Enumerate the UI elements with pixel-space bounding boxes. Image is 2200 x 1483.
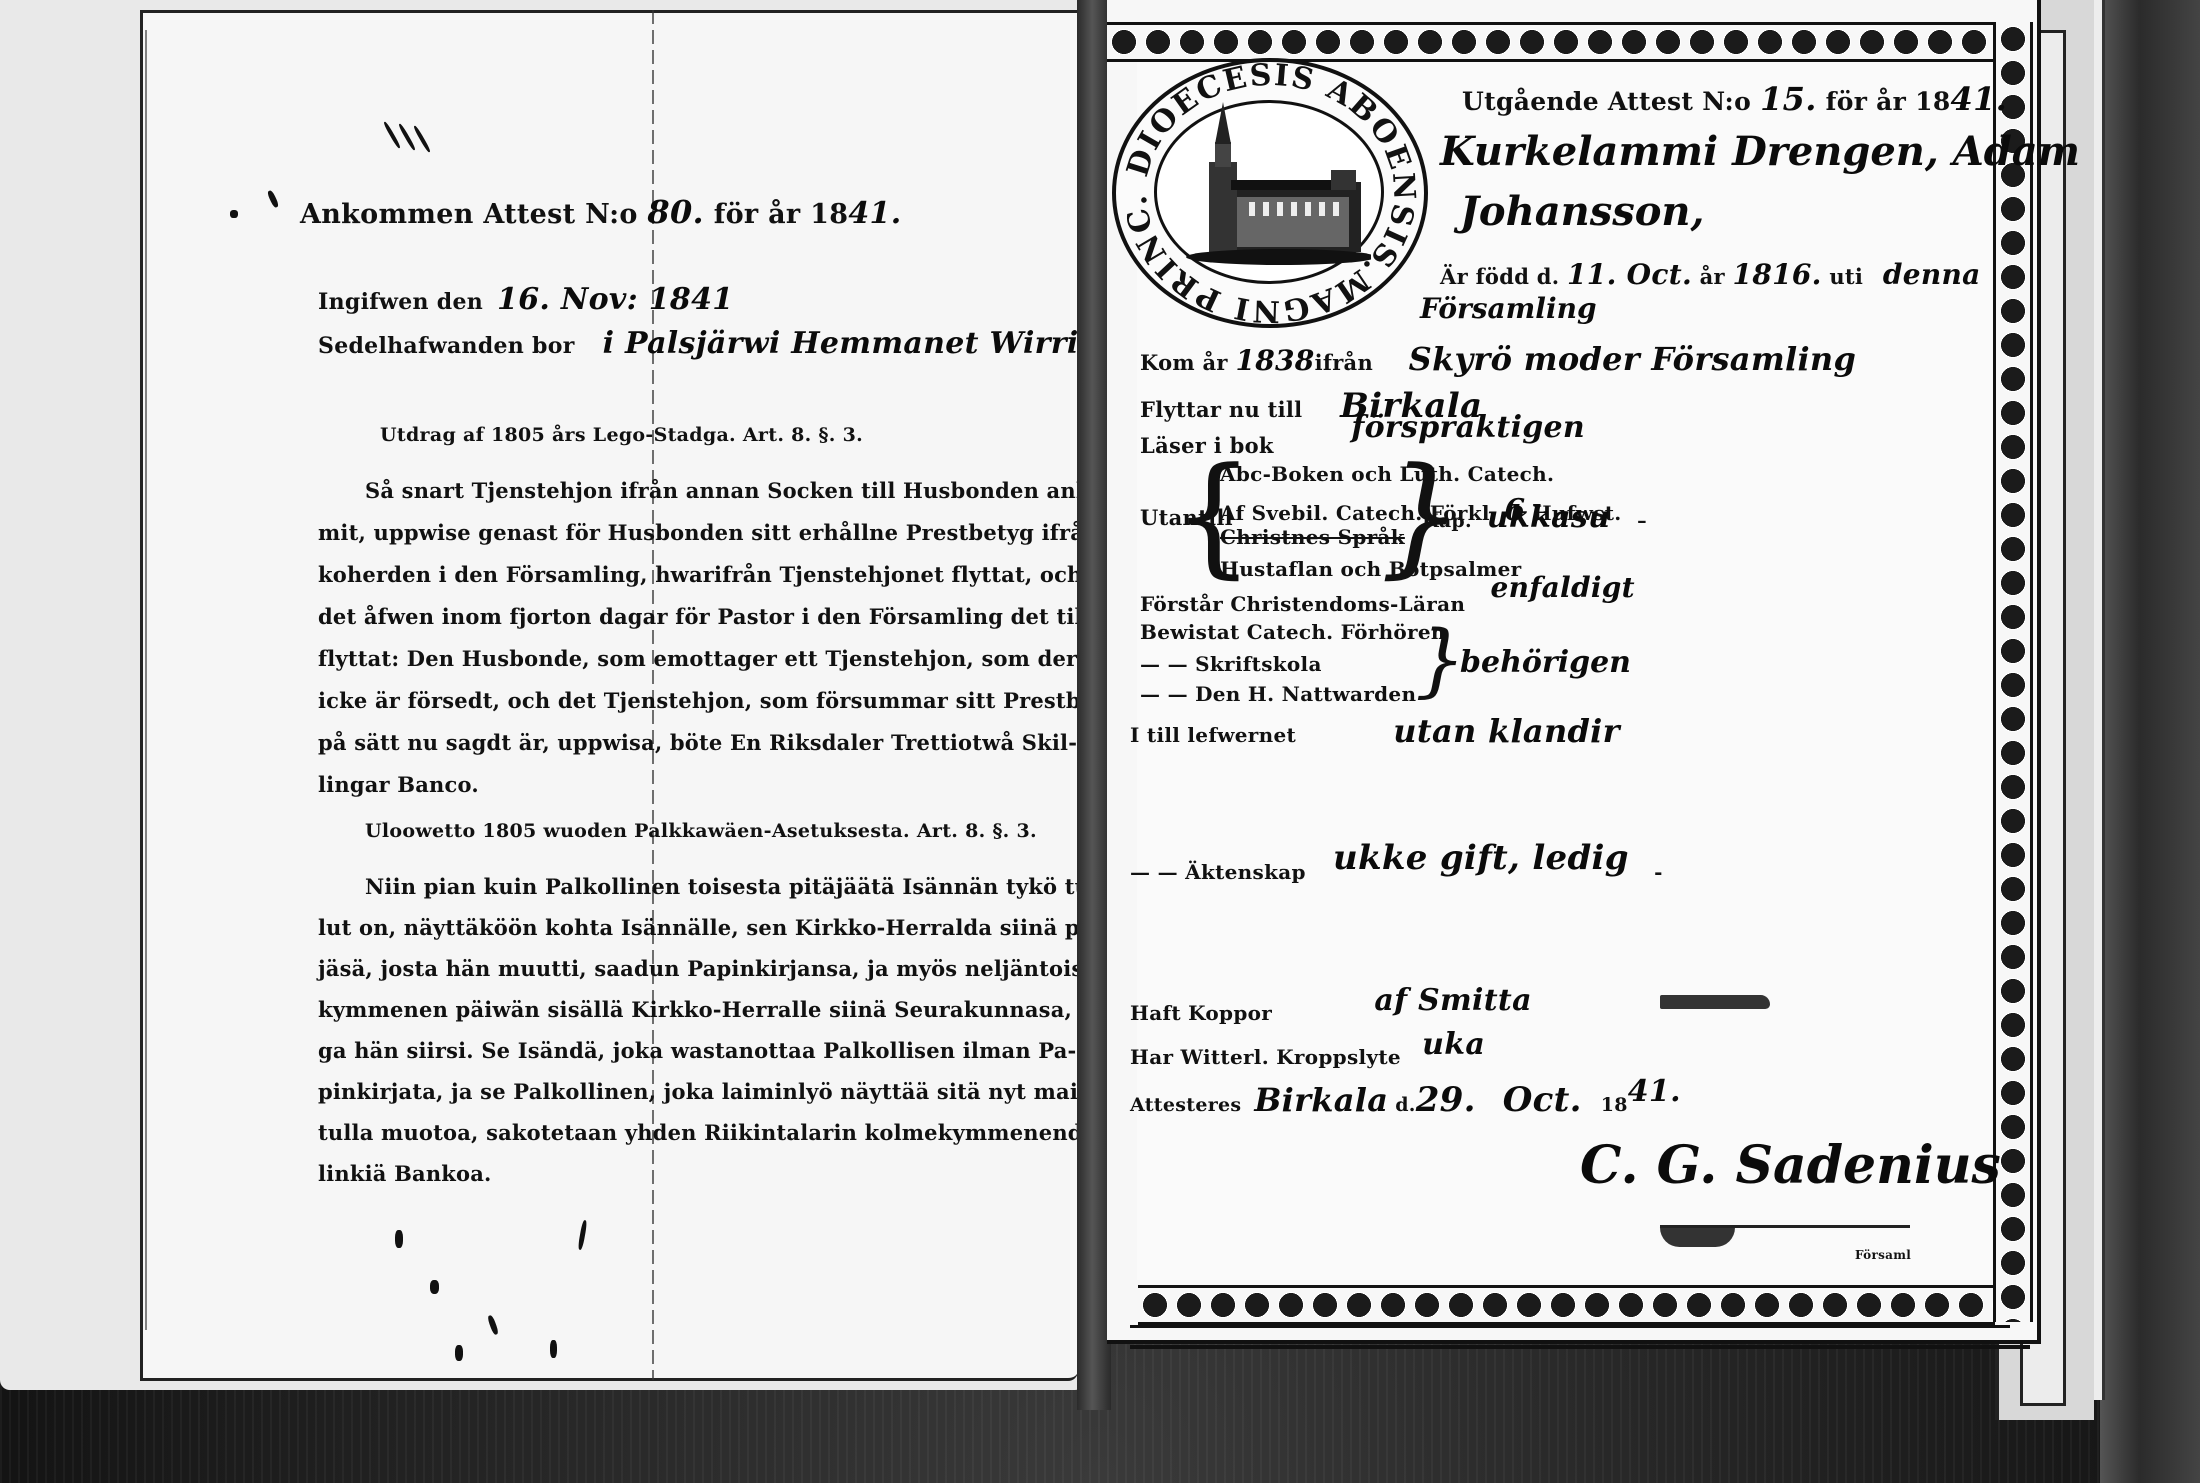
birth-year: 1816. (1733, 258, 1822, 291)
finnish-line: lut on, näyttäköön kohta Isännälle, sen … (318, 915, 1121, 940)
defects-value: uka (1422, 1027, 1485, 1062)
birth-place-continued: Församling (1420, 292, 1597, 325)
understands-value: enfaldigt (1490, 571, 1634, 604)
residence-value: i Palsjärwi Hemmanet Wirrikka (603, 326, 1141, 361)
finnish-line: ga hän siirsi. Se Isändä, joka wastanott… (318, 1038, 1076, 1063)
birth-label: Är född d. (1440, 264, 1559, 289)
moved-from-value: Skyrö moder Församling (1409, 340, 1857, 378)
attest-year: 41. (1951, 80, 2008, 118)
moves-to-label: Flyttar nu till (1140, 397, 1302, 422)
swedish-line: på sätt nu sagdt är, uppwisa, böte En Ri… (318, 730, 1077, 755)
attested-place: Birkala (1254, 1081, 1388, 1119)
ornate-border-bottom (1138, 1285, 1995, 1325)
finnish-section-heading: Uloowetto 1805 wuoden Palkkawäen-Asetuks… (365, 820, 1037, 842)
kap-value: ukkasu (1487, 500, 1610, 535)
attest-year: 41. (848, 196, 901, 231)
kap-row: Kap. ukkasu – (1422, 500, 1647, 535)
signature-underline (1660, 1225, 1910, 1228)
moved-from-row: Kom år 1838ifrån Skyrö moder Församling (1140, 340, 1856, 378)
attested-year-prefix: 18 (1601, 1094, 1628, 1116)
finnish-line: Niin pian kuin Palkollinen toisesta pitä… (365, 874, 1107, 899)
residence-row: Sedelhafwanden bor i Palsjärwi Hemmanet … (318, 326, 1141, 361)
ornate-border-right (1993, 22, 2033, 1322)
swedish-line: flyttat: Den Husbonde, som emottager ett… (318, 646, 1128, 671)
attested-day-label: d. (1395, 1094, 1416, 1116)
attested-day: 29. (1416, 1080, 1476, 1120)
finnish-line: pinkirjata, ja se Palkollinen, joka laim… (318, 1079, 1111, 1104)
moved-from-label: Kom år (1140, 350, 1228, 375)
attested-year: 41. (1628, 1074, 1681, 1109)
priest-signature: C. G. Sadenius (1580, 1135, 2001, 1196)
birth-year-label: år (1700, 264, 1725, 289)
conduct-row: I till lefwernet utan klandir (1130, 712, 1620, 750)
finnish-line: linkiä Bankoa. (318, 1161, 492, 1186)
attendance-label: Bewistat Catech. Förhören (1140, 620, 1446, 644)
title-year-label: för år 18 (714, 199, 849, 230)
title-label: Utgående Attest N:o (1462, 87, 1751, 116)
frame-line (1130, 1325, 2010, 1328)
received-label: Ingifwen den (318, 289, 483, 315)
catechism-item: Hustaflan och Botpsalmer (1220, 557, 1522, 581)
residence-label: Sedelhafwanden bor (318, 333, 575, 359)
left-page-margin-line (145, 30, 147, 1330)
swedish-line: mit, uppwise genast för Husbonden sitt e… (318, 520, 1157, 545)
marriage-value: ukke gift, ledig (1333, 838, 1629, 878)
attested-row: Attesteres Birkala d.29. Oct. 1841. (1130, 1080, 1681, 1120)
received-date-row: Ingifwen den 16. Nov: 1841 (318, 282, 733, 317)
birth-date: 11. Oct. (1567, 258, 1692, 291)
attendance-brace: } (1415, 620, 1466, 700)
attest-number: 15. (1760, 80, 1817, 118)
birth-row: Är född d. 11. Oct. år 1816. uti denna (1440, 258, 1981, 291)
ornate-border-top (1107, 22, 1995, 62)
birth-place-label: uti (1829, 264, 1863, 289)
title-label: Ankommen Attest N:o (300, 199, 638, 230)
incoming-attest-title: Ankommen Attest N:o 80. för år 1841. (300, 193, 901, 231)
attested-month: Oct. (1503, 1080, 1582, 1120)
right-book-edge (2100, 0, 2200, 1483)
defects-row: Har Witterl. Kroppslyte uka (1130, 1037, 1485, 1072)
smallpox-label: Haft Koppor (1130, 1001, 1272, 1025)
outgoing-attest-title: Utgående Attest N:o 15. för år 1841. (1462, 80, 2007, 118)
conduct-value: utan klandir (1393, 712, 1620, 750)
marriage-row: — — Äktenskap ukke gift, ledig - (1130, 848, 1663, 888)
nattwarden-label: — — Den H. Nattwarden (1140, 682, 1416, 706)
attested-label: Attesteres (1130, 1094, 1241, 1116)
smallpox-value: af Smitta (1374, 983, 1531, 1018)
attendance-value: behörigen (1460, 645, 1631, 680)
ink-blot (1660, 995, 1770, 1009)
finnish-line: kymmenen päiwän sisällä Kirkko-Herralle … (318, 997, 1156, 1022)
diocese-seal: DIOECESIS ABOENSIS.MAGNI PRINC. FENN. (1112, 58, 1428, 328)
attest-number: 80. (647, 193, 704, 231)
swedish-line: lingar Banco. (318, 772, 479, 797)
understands-row: Förstår Christendoms-Läran enfaldigt (1140, 585, 1635, 618)
swedish-section-heading: Utdrag af 1805 års Lego-Stadga. Art. 8. … (380, 424, 863, 446)
moved-from-year: 1838 (1235, 344, 1314, 377)
cathedral-icon (1171, 102, 1371, 272)
finnish-line: jäsä, josta hän muutti, saadun Papinkirj… (318, 956, 1116, 981)
signature-flourish-blot (1660, 1225, 1735, 1247)
conduct-label: I till lefwernet (1130, 723, 1296, 747)
catechism-item: Christnes Språk (1220, 525, 1405, 549)
title-year-label: för år 18 (1826, 87, 1951, 116)
swedish-line: Så snart Tjenstehjon ifrån annan Socken … (365, 478, 1136, 503)
stray-ink-marks-bottom (380, 1210, 630, 1360)
frame-line (1130, 1345, 2030, 1349)
swedish-line: koherden i den Församling, hwarifrån Tje… (318, 562, 1162, 587)
book-gutter (1077, 0, 1111, 1410)
signature-footer-label: Församl (1855, 1248, 1911, 1262)
swedish-line: icke är försedt, och det Tjenstehjon, so… (318, 688, 1131, 713)
defects-label: Har Witterl. Kroppslyte (1130, 1045, 1401, 1069)
received-date: 16. Nov: 1841 (497, 282, 733, 317)
person-name-line-1: Kurkelammi Drengen, Adam (1440, 128, 2080, 175)
smallpox-row: Haft Koppor af Smitta (1130, 993, 1532, 1028)
kap-label: Kap. (1422, 510, 1472, 532)
marriage-label: — — Äktenskap (1130, 860, 1306, 884)
moved-from-label-2: ifrån (1315, 350, 1373, 375)
person-name-line-2: Johansson, (1460, 188, 1704, 235)
skriftskola-label: — — Skriftskola (1140, 652, 1322, 676)
swedish-line: det åfwen inom fjorton dagar för Pastor … (318, 604, 1100, 629)
birth-place: denna (1883, 258, 1981, 291)
finnish-line: tulla muotoa, sakotetaan yhden Riikintal… (318, 1120, 1208, 1145)
